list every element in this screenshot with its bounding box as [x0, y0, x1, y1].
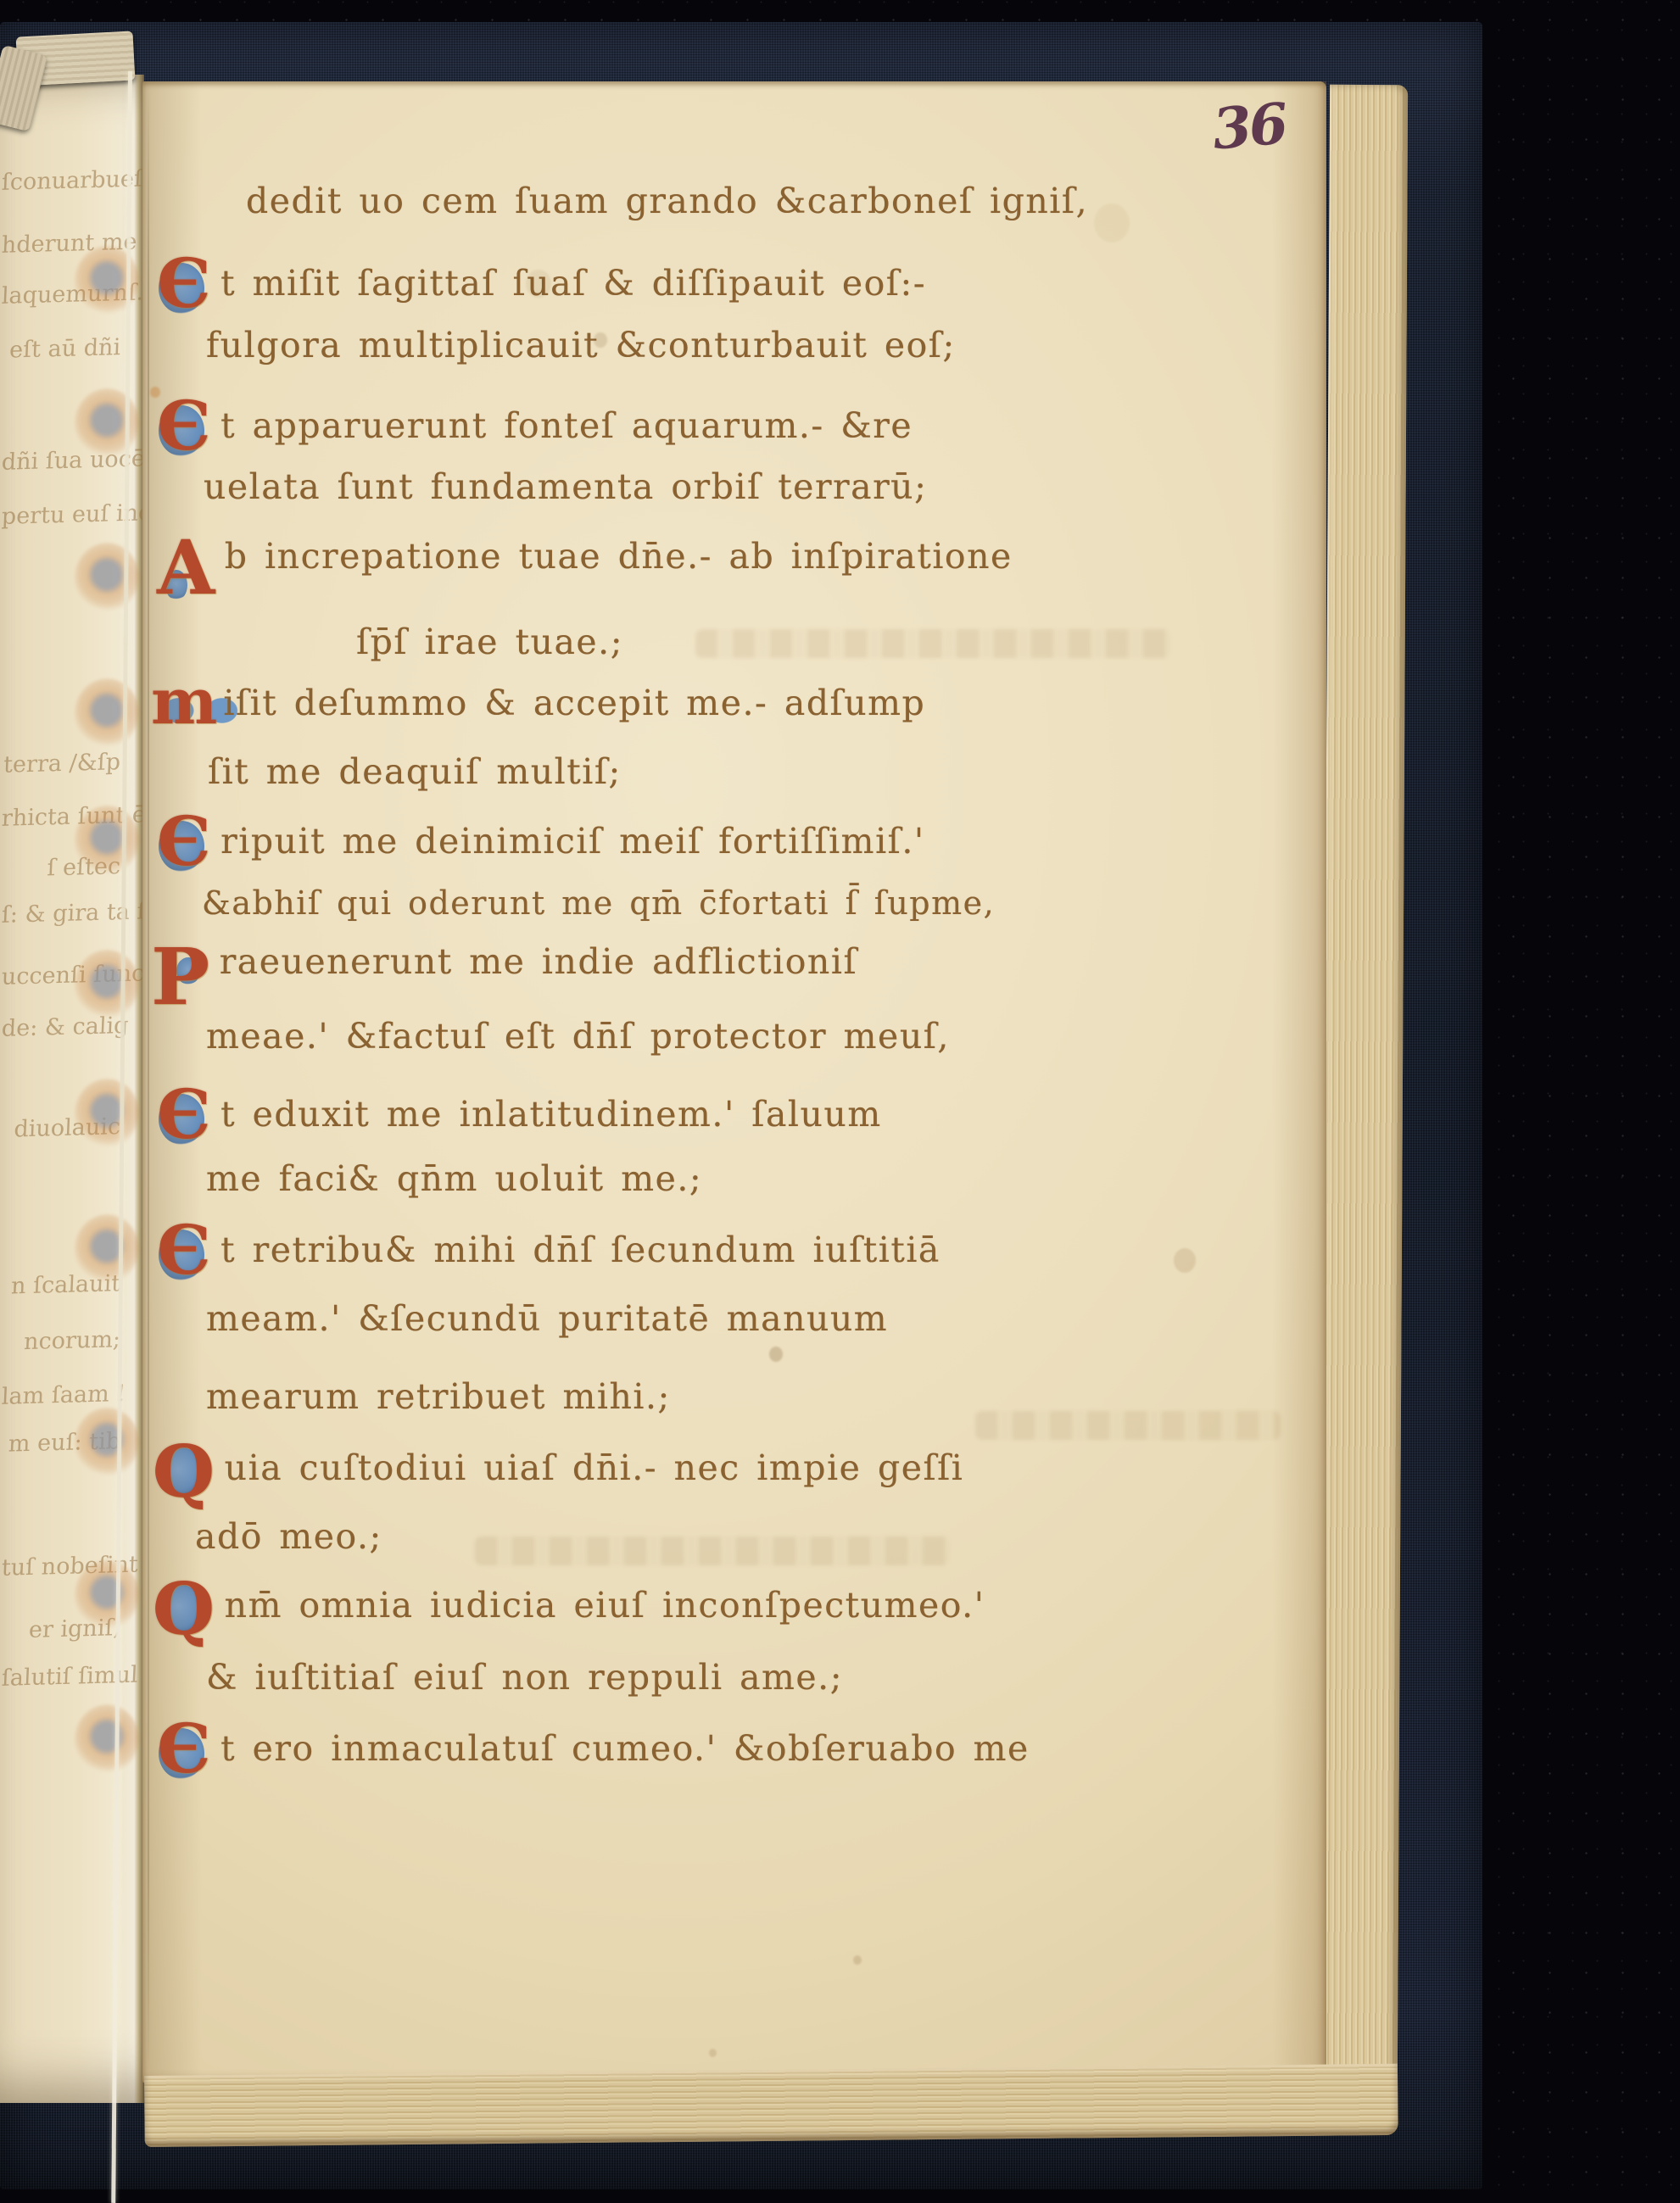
parchment-stain — [1094, 204, 1130, 243]
manuscript-line: Єt apparuerunt fonteſ aquarum.- &re — [157, 397, 913, 455]
manuscript-line: Єt ero inmaculatuſ cumeo.' &obſeruabo me — [157, 1720, 1030, 1777]
manuscript-line: meam.' &ſecundū puritatē manuum — [206, 1300, 888, 1338]
line-text: me faci& qn̄m uoluit me.; — [206, 1158, 702, 1199]
parchment-stain — [853, 1955, 862, 1965]
manuscript-line: miſit deſummo & accepit me.- adſump — [151, 676, 925, 729]
ghost-initial-blob — [75, 1408, 139, 1477]
ghost-text-fragment: pertu euſ incend — [1, 500, 121, 530]
line-text: meae.' &factuſ eſt dn̄ſ protector meuſ, — [206, 1016, 950, 1057]
line-text: t ero inmaculatuſ cumeo.' &obſeruabo me — [220, 1728, 1030, 1769]
showthrough-smudge — [695, 629, 1170, 658]
line-text: meam.' &ſecundū puritatē manuum — [206, 1298, 888, 1339]
parchment-stain — [594, 332, 607, 348]
manuscript-line: Quia cuſtodiui uiaſ dn̄i.- nec impie geſ… — [153, 1442, 963, 1502]
manuscript-line: Praeuenerunt me indie adflictioniſ — [151, 943, 857, 1010]
line-text: t apparuerunt fonteſ aquarum.- &re — [220, 405, 913, 446]
parchment-stain — [526, 270, 551, 298]
line-text: iſit deſummo & accepit me.- adſump — [223, 683, 925, 723]
line-text: t miſit ſagittaſ ſuaſ & diſſipauit eoſ:- — [220, 263, 926, 304]
parchment-stain — [709, 2049, 717, 2057]
manuscript-line: Єt eduxit me inlatitudinem.' ſaluum — [157, 1085, 882, 1143]
parchment-stain — [769, 1347, 783, 1362]
showthrough-smudge — [975, 1411, 1281, 1440]
ghost-text-fragment: ſconuarbueſi· — [1, 166, 121, 196]
decorated-initial-p: P — [151, 944, 211, 1010]
ghost-initial-blob — [75, 543, 139, 612]
ghost-text-fragment: eſt aū dñi — [1, 334, 121, 364]
decorated-initial-q: Q — [153, 1579, 216, 1639]
decorated-initial-e: Є — [157, 397, 212, 455]
ghost-initial-blob — [75, 1560, 139, 1630]
ghost-text-fragment: lam ſaam ! — [1, 1380, 121, 1410]
fore-edge-bottom-page-stack — [144, 2064, 1398, 2147]
ghost-initial-blob — [75, 806, 139, 875]
line-text: ſp̄ſ irae tuae.; — [356, 622, 623, 662]
ghost-text-fragment: terra /&ſp — [1, 749, 121, 778]
manuscript-line: mearum retribuet mihi.; — [206, 1378, 671, 1416]
manuscript-line: dedit uo cem ſuam grando &carboneſ igniſ… — [246, 182, 1088, 220]
text-block: dedit uo cem ſuam grando &carboneſ igniſ… — [142, 81, 1326, 2083]
parchment-stain — [150, 387, 160, 398]
ghost-initial-blob — [75, 950, 139, 1019]
ghost-text-fragment: ncorum; — [1, 1326, 121, 1356]
showthrough-smudge — [475, 1537, 950, 1565]
decorated-initial-e: Є — [157, 812, 212, 870]
line-text: ſit me deaquiſ multiſ; — [208, 751, 622, 792]
line-text: & iuſtitiaſ eiuſ non reppuli ame.; — [206, 1657, 843, 1698]
line-text: t retribu& mihi dn̄ſ ſecundum iuſtitiā — [220, 1230, 940, 1270]
manuscript-line: Ab increpatione tuae dn̄e.- ab inſpirati… — [157, 536, 1013, 600]
ghost-initial-blob — [75, 1704, 139, 1774]
line-text: fulgora multiplicauit &conturbauit eoſ; — [206, 325, 956, 365]
photograph-of-manuscript-opening: ſconuarbueſi·hderunt melaquemurnſ.eſt aū… — [0, 0, 1680, 2203]
manuscript-line: me faci& qn̄m uoluit me.; — [206, 1160, 702, 1198]
manuscript-line: adō meo.; — [195, 1518, 382, 1556]
manuscript-line: fulgora multiplicauit &conturbauit eoſ; — [206, 326, 956, 365]
line-text: mearum retribuet mihi.; — [206, 1376, 671, 1417]
line-text: raeuenerunt me indie adflictioniſ — [220, 941, 857, 982]
manuscript-line: uelata ſunt fundamenta orbiſ terrarū; — [204, 468, 927, 506]
line-text: dedit uo cem ſuam grando &carboneſ igniſ… — [246, 181, 1088, 221]
manuscript-line: &abhiſ qui oderunt me qm̄ c̄fortati ſ̄ ſ… — [202, 886, 995, 922]
manuscript-line: Єt retribu& mihi dn̄ſ ſecundum iuſtitiā — [157, 1221, 940, 1279]
manuscript-line: meae.' &factuſ eſt dn̄ſ protector meuſ, — [206, 1018, 950, 1056]
decorated-initial-e: Є — [157, 254, 212, 312]
decorated-initial-a: A — [157, 536, 216, 600]
line-text: b increpatione tuae dn̄e.- ab inſpiratio… — [225, 536, 1013, 577]
line-text: t eduxit me inlatitudinem.' ſaluum — [220, 1094, 882, 1135]
decorated-initial-m: m — [151, 676, 215, 729]
line-text: adō meo.; — [195, 1516, 382, 1557]
decorated-initial-q: Q — [153, 1442, 216, 1502]
decorated-initial-e: Є — [157, 1085, 212, 1143]
decorated-initial-e: Є — [157, 1720, 212, 1777]
line-text: uelata ſunt fundamenta orbiſ terrarū; — [204, 466, 927, 507]
manuscript-line: ſit me deaquiſ multiſ; — [208, 753, 622, 791]
line-text: &abhiſ qui oderunt me qm̄ c̄fortati ſ̄ ſ… — [202, 884, 995, 922]
parchment-stain — [1174, 1248, 1196, 1273]
manuscript-line: ſp̄ſ irae tuae.; — [356, 623, 623, 661]
ghost-text-fragment: ſalutiſ ſimul — [1, 1662, 121, 1692]
ghost-text-fragment: ſ: & gira ta ſaot — [1, 899, 121, 929]
manuscript-line: Єripuit me deinimiciſ meiſ fortiſſimiſ.' — [157, 812, 925, 870]
manuscript-line: Qnm̄ omnia iudicia eiuſ inconſpectumeo.' — [153, 1579, 985, 1639]
line-text: nm̄ omnia iudicia eiuſ inconſpectumeo.' — [225, 1585, 985, 1626]
manuscript-page: 36 dedit uo cem ſuam grando &carboneſ ig… — [142, 81, 1326, 2083]
decorated-initial-e: Є — [157, 1221, 212, 1279]
fore-edge-right-page-stack — [1320, 85, 1408, 2079]
ghost-initial-blob — [75, 678, 139, 748]
line-text: ripuit me deinimiciſ meiſ fortiſſimiſ.' — [220, 821, 925, 862]
ghost-initial-blob — [75, 1079, 139, 1148]
gutter-seam-line — [148, 85, 149, 2078]
ghost-initial-blob — [75, 1214, 139, 1284]
manuscript-line: & iuſtitiaſ eiuſ non reppuli ame.; — [206, 1659, 843, 1697]
line-text: uia cuſtodiui uiaſ dn̄i.- nec impie geſſ… — [225, 1447, 964, 1488]
